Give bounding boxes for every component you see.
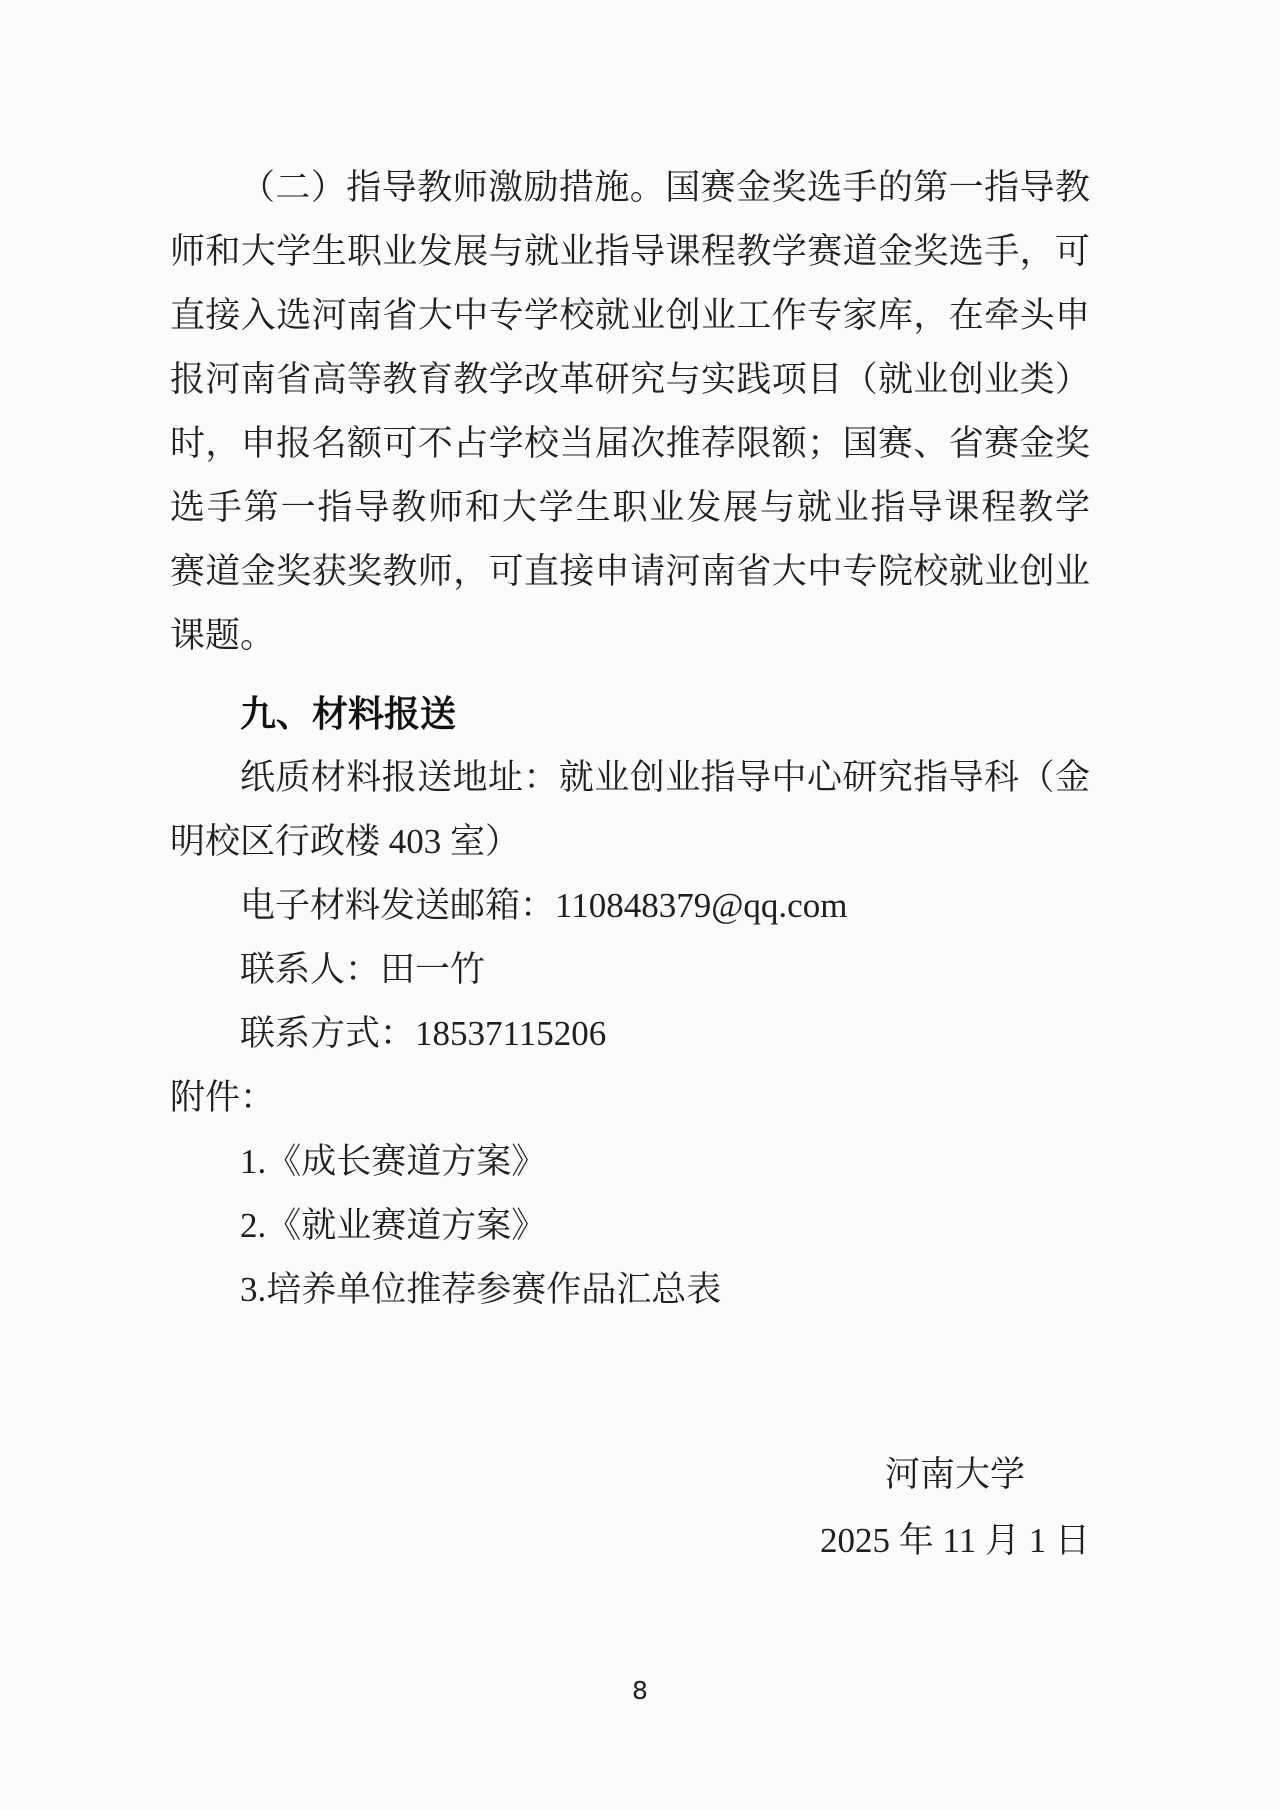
email-line: 电子材料发送邮箱：110848379@qq.com [170,874,1090,938]
attachment-item: 3.培养单位推荐参赛作品汇总表 [170,1258,1090,1322]
attachment-item: 2.《就业赛道方案》 [170,1194,1090,1258]
paragraph-line: 报河南省高等教育教学改革研究与实践项目（就业创业类） [170,348,1090,412]
issuing-organization: 河南大学 [755,1442,1155,1508]
attachments-label: 附件： [170,1066,1090,1130]
issue-date: 2025 年 11 月 1 日 [755,1508,1155,1574]
document-body: （二）指导教师激励措施。国赛金奖选手的第一指导教 师和大学生职业发展与就业指导课… [170,156,1090,1322]
paragraph-line: 师和大学生职业发展与就业指导课程教学赛道金奖选手，可 [170,220,1090,284]
attachment-item: 1.《成长赛道方案》 [170,1130,1090,1194]
paragraph-line: 时，申报名额可不占学校当届次推荐限额；国赛、省赛金奖 [170,412,1090,476]
address-line: 纸质材料报送地址：就业创业指导中心研究指导科（金 [170,746,1090,810]
paragraph-line: 课题。 [170,604,1090,668]
signature-block: 河南大学 2025 年 11 月 1 日 [755,1442,1155,1574]
document-page: （二）指导教师激励措施。国赛金奖选手的第一指导教 师和大学生职业发展与就业指导课… [0,0,1280,1810]
paragraph-line: 赛道金奖获奖教师，可直接申请河南省大中专院校就业创业 [170,540,1090,604]
contact-phone-line: 联系方式：18537115206 [170,1002,1090,1066]
page-number: 8 [0,1676,1280,1705]
paragraph-line: 选手第一指导教师和大学生职业发展与就业指导课程教学 [170,476,1090,540]
section-heading: 九、材料报送 [170,682,1090,746]
contact-person-line: 联系人：田一竹 [170,938,1090,1002]
paragraph-line: 直接入选河南省大中专学校就业创业工作专家库，在牵头申 [170,284,1090,348]
address-line: 明校区行政楼 403 室） [170,810,1090,874]
paragraph-line: （二）指导教师激励措施。国赛金奖选手的第一指导教 [170,156,1090,220]
